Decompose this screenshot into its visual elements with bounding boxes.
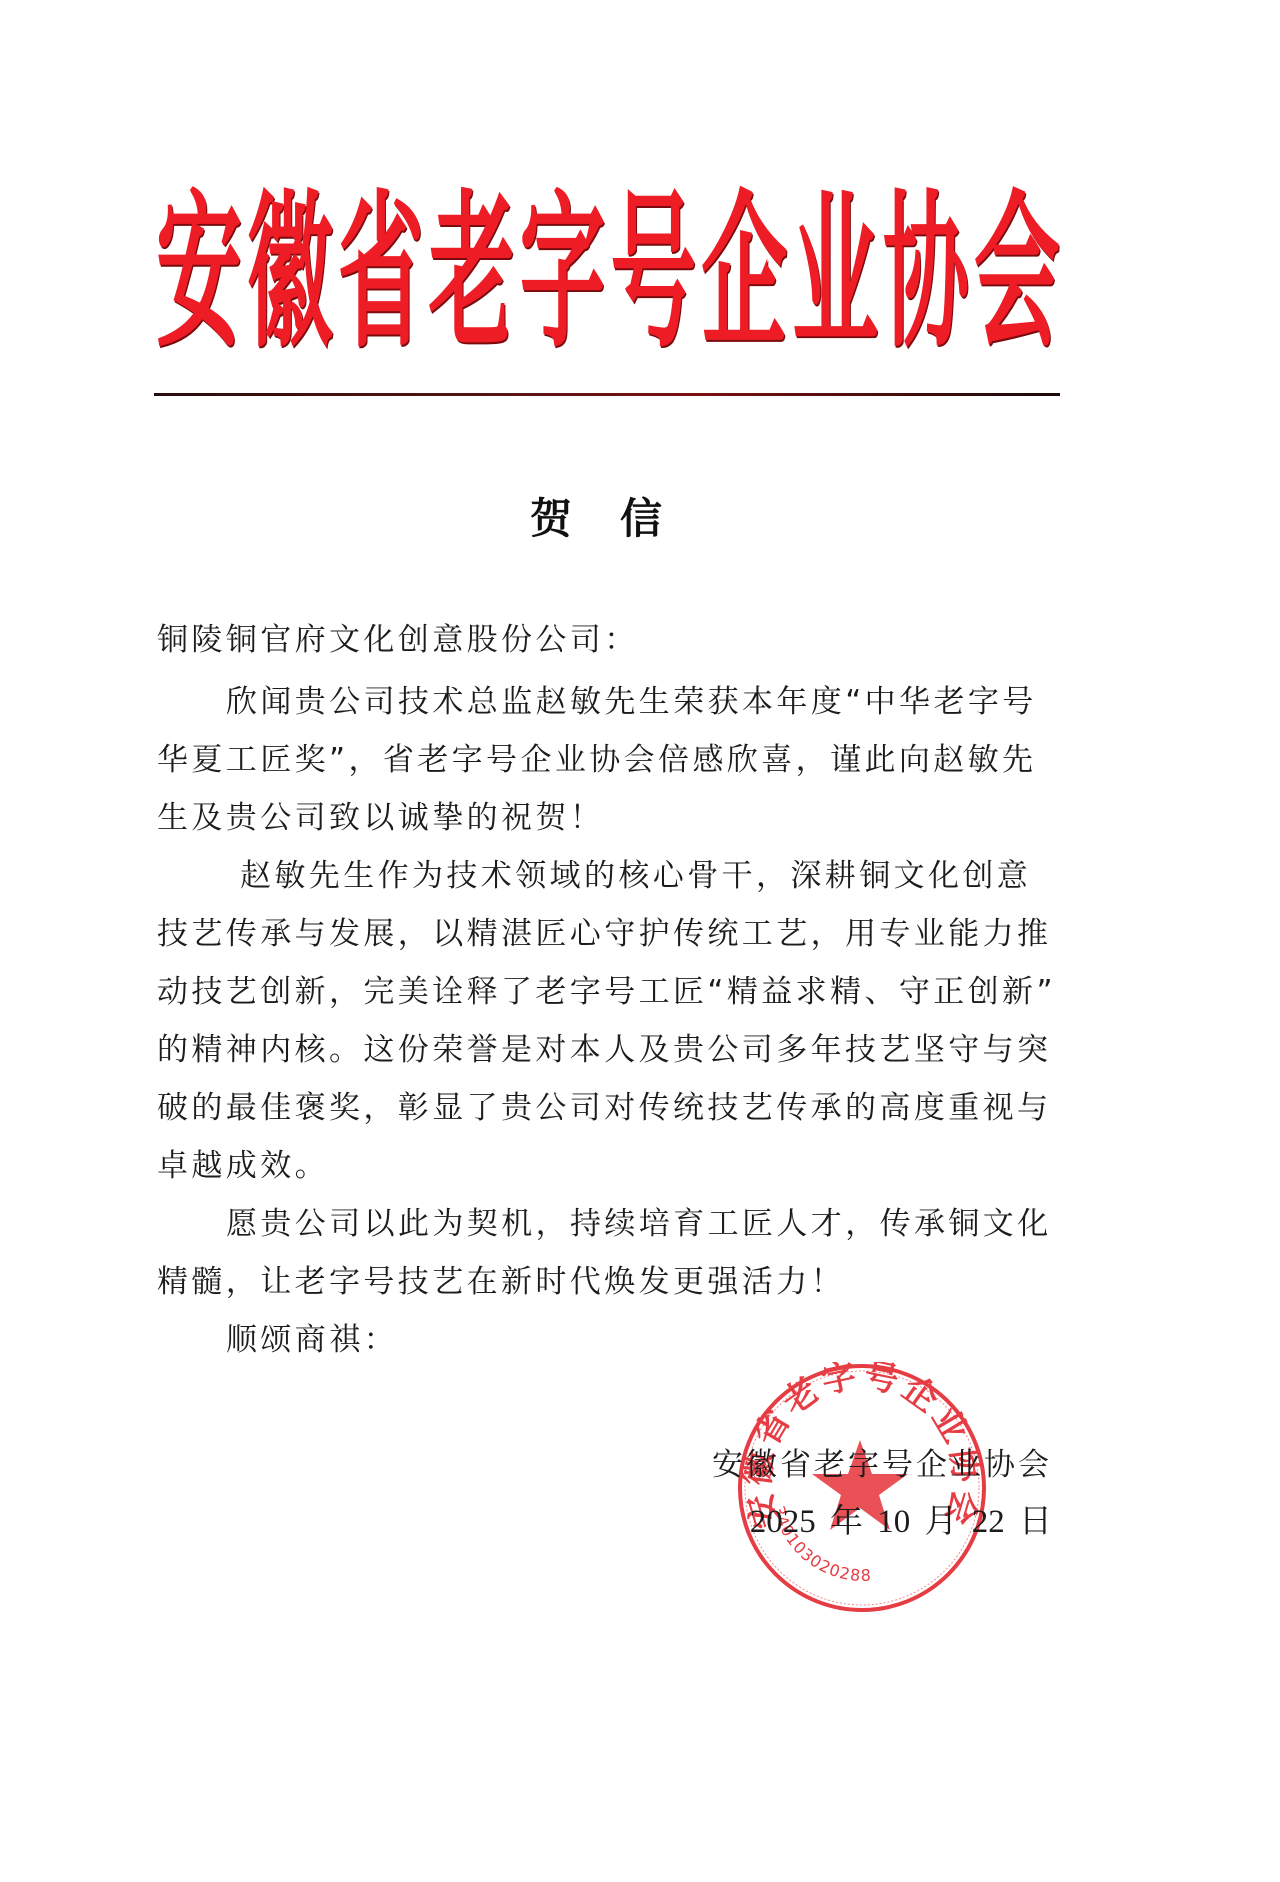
letterhead-char: 安: [156, 190, 242, 522]
signature-org: 安徽省老字号企业协会: [712, 1447, 1052, 1483]
body-line: 技艺传承与发展，以精湛匠心守护传统工艺，用专业能力推: [157, 916, 1051, 952]
official-seal-stamp: 安徽省老字号企业协会 3401030202885: [736, 1362, 988, 1614]
salutation: 铜陵铜官府文化创意股份公司：: [157, 622, 639, 658]
letterhead-char: 省: [338, 190, 424, 522]
signature-date: 2025 年 10 月 22 日: [750, 1503, 1052, 1541]
letterhead-char: 企: [701, 190, 787, 522]
body-line: 华夏工匠奖”，省老字号企业协会倍感欣喜，谨此向赵敏先: [157, 742, 1036, 778]
body-line: 愿贵公司以此为契机，持续培育工匠人才，传承铜文化: [226, 1206, 1052, 1242]
letterhead-char: 徽: [247, 190, 333, 522]
closing-greeting: 顺颂商祺：: [226, 1322, 398, 1358]
body-line: 精髓，让老字号技艺在新时代焕发更强活力！: [157, 1264, 845, 1300]
body-line: 生及贵公司致以诚挚的祝贺！: [157, 800, 604, 836]
letterhead-char: 字: [520, 190, 606, 522]
letterhead-char: 业: [792, 190, 878, 522]
body-line: 动技艺创新，完美诠释了老字号工匠“精益求精、守正创新”: [157, 974, 1056, 1010]
body-line: 的精神内核。这份荣誉是对本人及贵公司多年技艺坚守与突: [157, 1032, 1051, 1068]
letter-page: 安 徽 省 老 字 号 企 业 协 会 贺信 铜陵铜官府文化创意股份公司： 欣闻…: [0, 0, 1280, 1882]
letterhead-divider: [154, 393, 1060, 396]
body-line: 赵敏先生作为技术领域的核心骨干，深耕铜文化创意: [240, 858, 1031, 894]
body-line: 欣闻贵公司技术总监赵敏先生荣获本年度“中华老字号: [226, 684, 1037, 720]
letterhead-char: 号: [610, 190, 696, 522]
body-line: 卓越成效。: [157, 1148, 329, 1184]
body-line: 破的最佳褒奖，彰显了贵公司对传统技艺传承的高度重视与: [157, 1090, 1051, 1126]
letterhead-org-name: 安 徽 省 老 字 号 企 业 协 会: [156, 190, 1060, 360]
letterhead-char: 会: [974, 190, 1060, 522]
letterhead-char: 协: [883, 190, 969, 522]
letterhead-char: 老: [429, 190, 515, 522]
document-title: 贺信: [530, 494, 710, 544]
